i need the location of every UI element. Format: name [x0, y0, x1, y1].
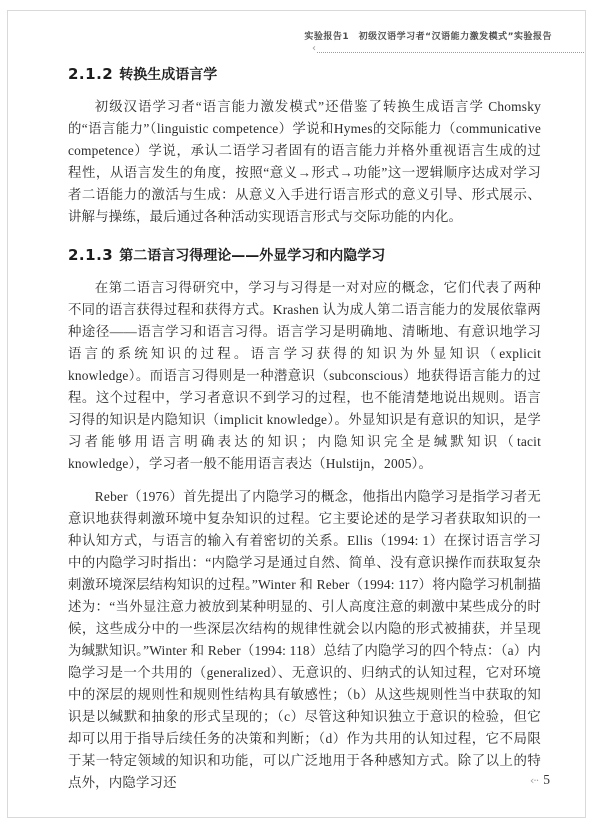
header-rule: ‹ — [312, 43, 584, 53]
page-number: 5 — [543, 772, 550, 788]
scanned-book-page: 实验报告1 初级汉语学习者“汉语能力激发模式”实验报告 ‹ 2.1.2转换生成语… — [0, 0, 594, 832]
running-header: 实验报告1 初级汉语学习者“汉语能力激发模式”实验报告 — [300, 29, 552, 42]
section-heading-212: 2.1.2转换生成语言学 — [68, 64, 541, 85]
body-paragraph: Reber（1976）首先提出了内隐学习的概念，他指出内隐学习是指学习者无意识地… — [68, 486, 541, 794]
section-number: 2.1.2 — [68, 65, 113, 83]
section-number: 2.1.3 — [68, 246, 113, 264]
section-title: 第二语言习得理论——外显学习和内隐学习 — [119, 248, 385, 264]
header-dotted-line — [317, 47, 584, 53]
page-footer: ‹·· 5 — [530, 772, 550, 788]
section-heading-213: 2.1.3第二语言习得理论——外显学习和内隐学习 — [68, 245, 541, 266]
body-paragraph: 在第二语言习得研究中，学习与习得是一对对应的概念，它们代表了两种不同的语言获得过… — [68, 277, 541, 475]
section-title: 转换生成语言学 — [119, 67, 217, 83]
footer-arrow-icon: ‹·· — [530, 774, 538, 787]
header-left-arrow-icon: ‹ — [312, 45, 316, 53]
body-paragraph: 初级汉语学习者“语言能力激发模式”还借鉴了转换生成语言学 Chomsky 的“语… — [68, 96, 541, 228]
main-text-column: 2.1.2转换生成语言学 初级汉语学习者“语言能力激发模式”还借鉴了转换生成语言… — [68, 64, 541, 794]
